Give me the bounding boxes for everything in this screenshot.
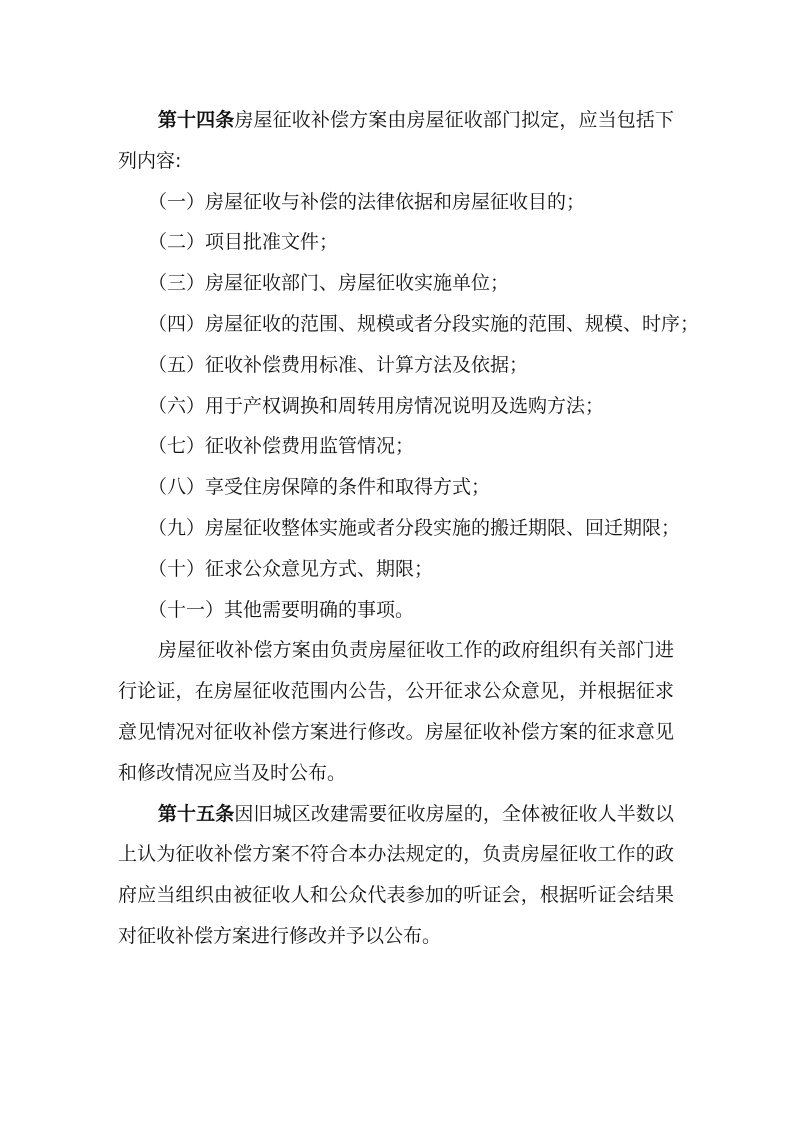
article-15: 第十五条因旧城区改建需要征收房屋的，全体被征收人半数以上认为征收补偿方案不符合本… — [118, 794, 674, 957]
article-14-intro: 第十四条房屋征收补偿方案由房屋征收部门拟定，应当包括下列内容: — [118, 100, 674, 182]
list-item: （三）房屋征收部门、房屋征收实施单位； — [118, 263, 674, 304]
list-item: （六）用于产权调换和周转用房情况说明及选购方法； — [118, 386, 674, 427]
article-15-number: 第十五条 — [158, 803, 234, 825]
list-item: （一）房屋征收与补偿的法律依据和房屋征收目的； — [118, 182, 674, 223]
list-item: （十一）其他需要明确的事项。 — [118, 590, 674, 631]
list-item: （五）征收补偿费用标准、计算方法及依据； — [118, 345, 674, 386]
list-item: （七）征收补偿费用监管情况； — [118, 426, 674, 467]
article-14-number: 第十四条 — [158, 109, 234, 131]
list-item: （九）房屋征收整体实施或者分段实施的搬迁期限、回迁期限； — [118, 508, 674, 549]
article-14-closing: 房屋征收补偿方案由负责房屋征收工作的政府组织有关部门进行论证，在房屋征收范围内公… — [118, 630, 674, 793]
list-item: （八）享受住房保障的条件和取得方式； — [118, 467, 674, 508]
list-item: （十）征求公众意见方式、期限； — [118, 549, 674, 590]
document-page: 第十四条房屋征收补偿方案由房屋征收部门拟定，应当包括下列内容: （一）房屋征收与… — [118, 100, 674, 957]
list-item: （二）项目批准文件； — [118, 222, 674, 263]
list-item: （四）房屋征收的范围、规模或者分段实施的范围、规模、时序； — [118, 304, 674, 345]
